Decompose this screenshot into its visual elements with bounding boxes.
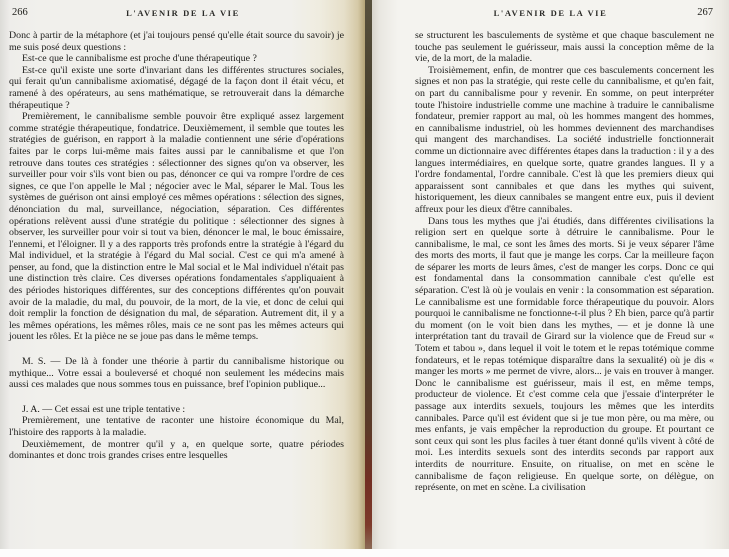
scan-bottom-margin	[0, 549, 729, 557]
paragraph: Donc à partir de la métaphore (et j'ai t…	[9, 30, 344, 53]
paragraph: Dans tous les mythes que j'ai étudiés, d…	[415, 216, 714, 494]
running-head: L'AVENIR DE LA VIE	[0, 7, 366, 18]
page-right: L'AVENIR DE LA VIE 267 se structurent le…	[372, 0, 729, 549]
page-number: 267	[697, 7, 713, 18]
paragraph: se structurent les basculements de systè…	[415, 30, 714, 65]
paragraph: Premièrement, le cannibalisme semble pou…	[9, 111, 344, 343]
paragraph: Premièrement, une tentative de raconter …	[9, 415, 344, 438]
paragraph: Est-ce qu'il existe une sorte d'invarian…	[9, 65, 344, 111]
paragraph: Est-ce que le cannibalisme est proche d'…	[9, 53, 344, 65]
page-body: Donc à partir de la métaphore (et j'ai t…	[9, 30, 344, 462]
page-number: 266	[12, 7, 28, 18]
page-header: L'AVENIR DE LA VIE 267	[372, 7, 729, 21]
paragraph: J. A. — Cet essai est une triple tentati…	[9, 404, 344, 416]
book-spine	[365, 0, 372, 549]
paragraph: M. S. — De là à fonder une théorie à par…	[9, 356, 344, 391]
page-left: 266 L'AVENIR DE LA VIE Donc à partir de …	[0, 0, 366, 549]
running-head: L'AVENIR DE LA VIE	[372, 7, 729, 18]
book-scan-spread: 266 L'AVENIR DE LA VIE Donc à partir de …	[0, 0, 729, 557]
page-body: se structurent les basculements de systè…	[415, 30, 714, 494]
page-header: 266 L'AVENIR DE LA VIE	[0, 7, 366, 21]
paragraph: Troisièmement, enfin, de montrer que ces…	[415, 65, 714, 216]
paragraph: Deuxièmement, de montrer qu'il y a, en q…	[9, 439, 344, 462]
